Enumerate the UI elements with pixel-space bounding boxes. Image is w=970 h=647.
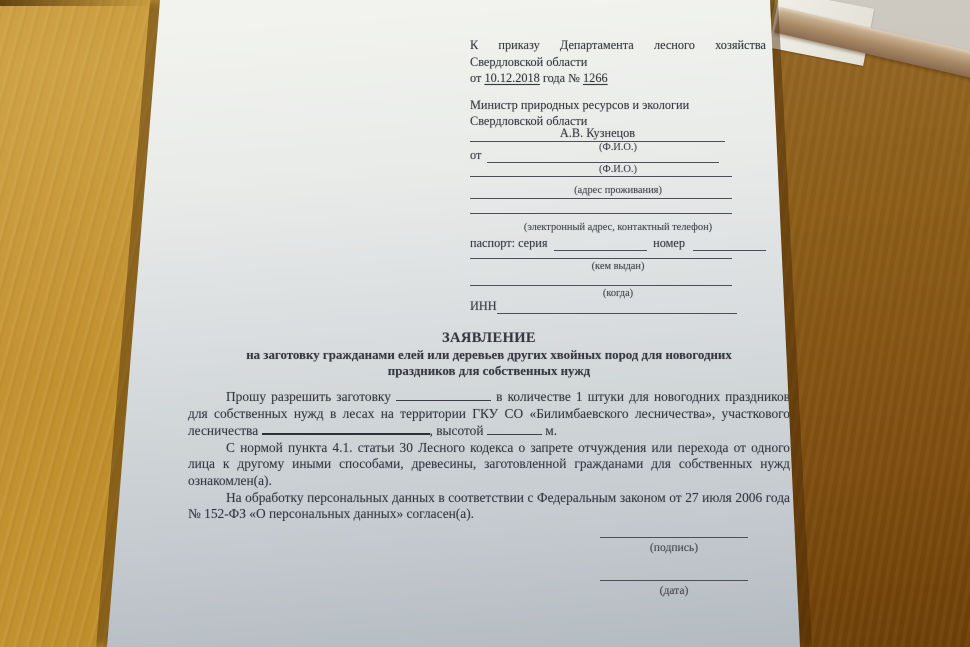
signature-blank-line: [600, 520, 748, 538]
application-form: К приказу Департамента лесного хозяйства…: [188, 0, 790, 647]
address-blank-line: [470, 170, 732, 177]
issued-when-caption: (когда): [470, 288, 766, 299]
applicant-from-line: от: [470, 150, 725, 163]
inn-line: ИНН: [470, 299, 737, 314]
forest-code-paragraph: С нормой пункта 4.1. статьи 30 Лесного к…: [188, 440, 790, 490]
form-title: ЗАЯВЛЕНИЕ: [188, 330, 790, 347]
minister-name-line: А.В. Кузнецов: [470, 126, 725, 142]
contact-caption: (электронный адрес, контактный телефон): [470, 222, 766, 233]
personal-data-paragraph: На обработку персональных данных в соотв…: [188, 490, 790, 523]
signature-block: (подпись) (дата): [600, 520, 748, 597]
addressee-line1: Министр природных ресурсов и экологии: [470, 98, 766, 114]
form-title-block: ЗАЯВЛЕНИЕ на заготовку гражданами елей и…: [188, 330, 790, 379]
height-blank: [487, 423, 542, 435]
issued-when-blank-line: [470, 279, 732, 286]
request-paragraph: Прошу разрешить заготовку в количестве 1…: [188, 389, 790, 440]
inn-label: ИНН: [470, 299, 497, 315]
passport-series-label: паспорт: серия: [470, 236, 548, 252]
form-subtitle-line2: праздников для собственных нужд: [188, 363, 790, 379]
desk-shadow-strip: [0, 0, 150, 6]
order-number: 1266: [583, 71, 608, 85]
passport-line: паспорт: серия номер: [470, 236, 766, 251]
issued-by-caption: (кем выдан): [470, 261, 766, 272]
request-text-4: м.: [545, 423, 557, 438]
from-label: от: [470, 148, 481, 164]
ref-mid: года №: [543, 71, 580, 85]
date-blank-line: [600, 564, 748, 581]
request-text-3: , высотой: [430, 423, 484, 438]
passport-number-blank: [693, 238, 766, 251]
contact-blank-line-1: [470, 192, 732, 199]
issued-by-blank-line: [470, 252, 732, 259]
request-text-1: Прошу разрешить заготовку: [226, 389, 391, 404]
form-subtitle-line1: на заготовку гражданами елей или деревье…: [188, 347, 790, 363]
ref-prefix: от: [470, 71, 481, 85]
order-reference-line1: К приказу Департамента лесного хозяйства: [470, 38, 766, 54]
photo-scene: К приказу Департамента лесного хозяйства…: [0, 0, 970, 647]
district-forestry-blank: [262, 422, 430, 435]
order-date: 10.12.2018: [484, 71, 539, 85]
date-caption: (дата): [600, 581, 748, 597]
inn-blank: [497, 301, 737, 314]
passport-series-blank: [554, 238, 648, 251]
form-body: Прошу разрешить заготовку в количестве 1…: [188, 389, 790, 523]
applicant-name-blank: [487, 150, 719, 163]
contact-blank-line-2: [470, 207, 732, 214]
order-reference-line3: от 10.12.2018 года № 1266: [470, 71, 766, 87]
signature-caption: (подпись): [600, 538, 748, 554]
tree-type-blank: [396, 389, 491, 401]
order-reference-line2: Свердловской области: [470, 55, 766, 71]
passport-number-label: номер: [653, 236, 685, 252]
